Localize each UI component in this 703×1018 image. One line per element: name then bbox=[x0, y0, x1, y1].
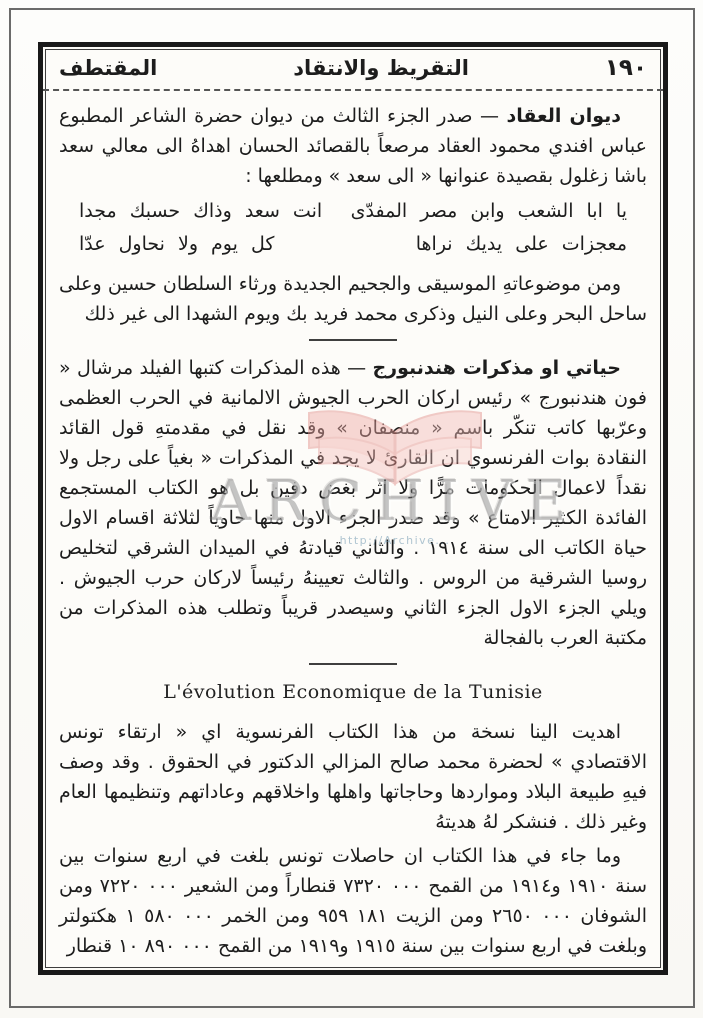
paragraph-hindenburg-memoirs: حياتي او مذكرات هندنبورج — هذه المذكرات … bbox=[59, 353, 647, 653]
verse-line: معجزات على يديك نراها كل يوم ولا نحاول ع… bbox=[65, 228, 641, 261]
section-divider bbox=[309, 663, 397, 665]
hemistich-right: يا ابا الشعب وابن مصر المفدّى bbox=[351, 195, 627, 228]
scanned-magazine-page: ١٩٠ التقريظ والانتقاد المقتطف ديوان العق… bbox=[0, 0, 703, 1018]
hemistich-left: كل يوم ولا نحاول عدّا bbox=[79, 228, 274, 261]
page-number: ١٩٠ bbox=[605, 55, 647, 81]
section-divider bbox=[309, 339, 397, 341]
paragraph-diwan-topics: ومن موضوعاتهِ الموسيقى والجحيم الجديدة و… bbox=[59, 269, 647, 329]
section-title: التقريظ والانتقاد bbox=[293, 56, 469, 80]
entry-title-hindenburg: حياتي او مذكرات هندنبورج bbox=[372, 357, 621, 379]
decorative-frame: ١٩٠ التقريظ والانتقاد المقتطف ديوان العق… bbox=[38, 42, 668, 975]
paragraph-tunisia-book: اهديت الينا نسخة من هذا الكتاب الفرنسوية… bbox=[59, 717, 647, 837]
hemistich-left: انت سعد وذاك حسبك مجدا bbox=[79, 195, 322, 228]
page-body: ديوان العقاد — صدر الجزء الثالث من ديوان… bbox=[43, 91, 663, 959]
page-header: ١٩٠ التقريظ والانتقاد المقتطف bbox=[43, 47, 663, 91]
magazine-name: المقتطف bbox=[59, 56, 157, 80]
entry-title-diwan: ديوان العقاد bbox=[507, 105, 622, 127]
poem-couplet: يا ابا الشعب وابن مصر المفدّى انت سعد وذ… bbox=[65, 195, 641, 261]
french-book-title: L'évolution Economique de la Tunisie bbox=[59, 677, 647, 707]
paragraph-diwan-alaqqad: ديوان العقاد — صدر الجزء الثالث من ديوان… bbox=[59, 101, 647, 191]
paragraph-text: — هذه المذكرات كتبها الفيلد مرشال « فون … bbox=[59, 357, 647, 649]
paragraph-tunisia-statistics: وما جاء في هذا الكتاب ان حاصلات تونس بلغ… bbox=[59, 841, 647, 959]
hemistich-right: معجزات على يديك نراها bbox=[416, 228, 627, 261]
verse-line: يا ابا الشعب وابن مصر المفدّى انت سعد وذ… bbox=[65, 195, 641, 228]
